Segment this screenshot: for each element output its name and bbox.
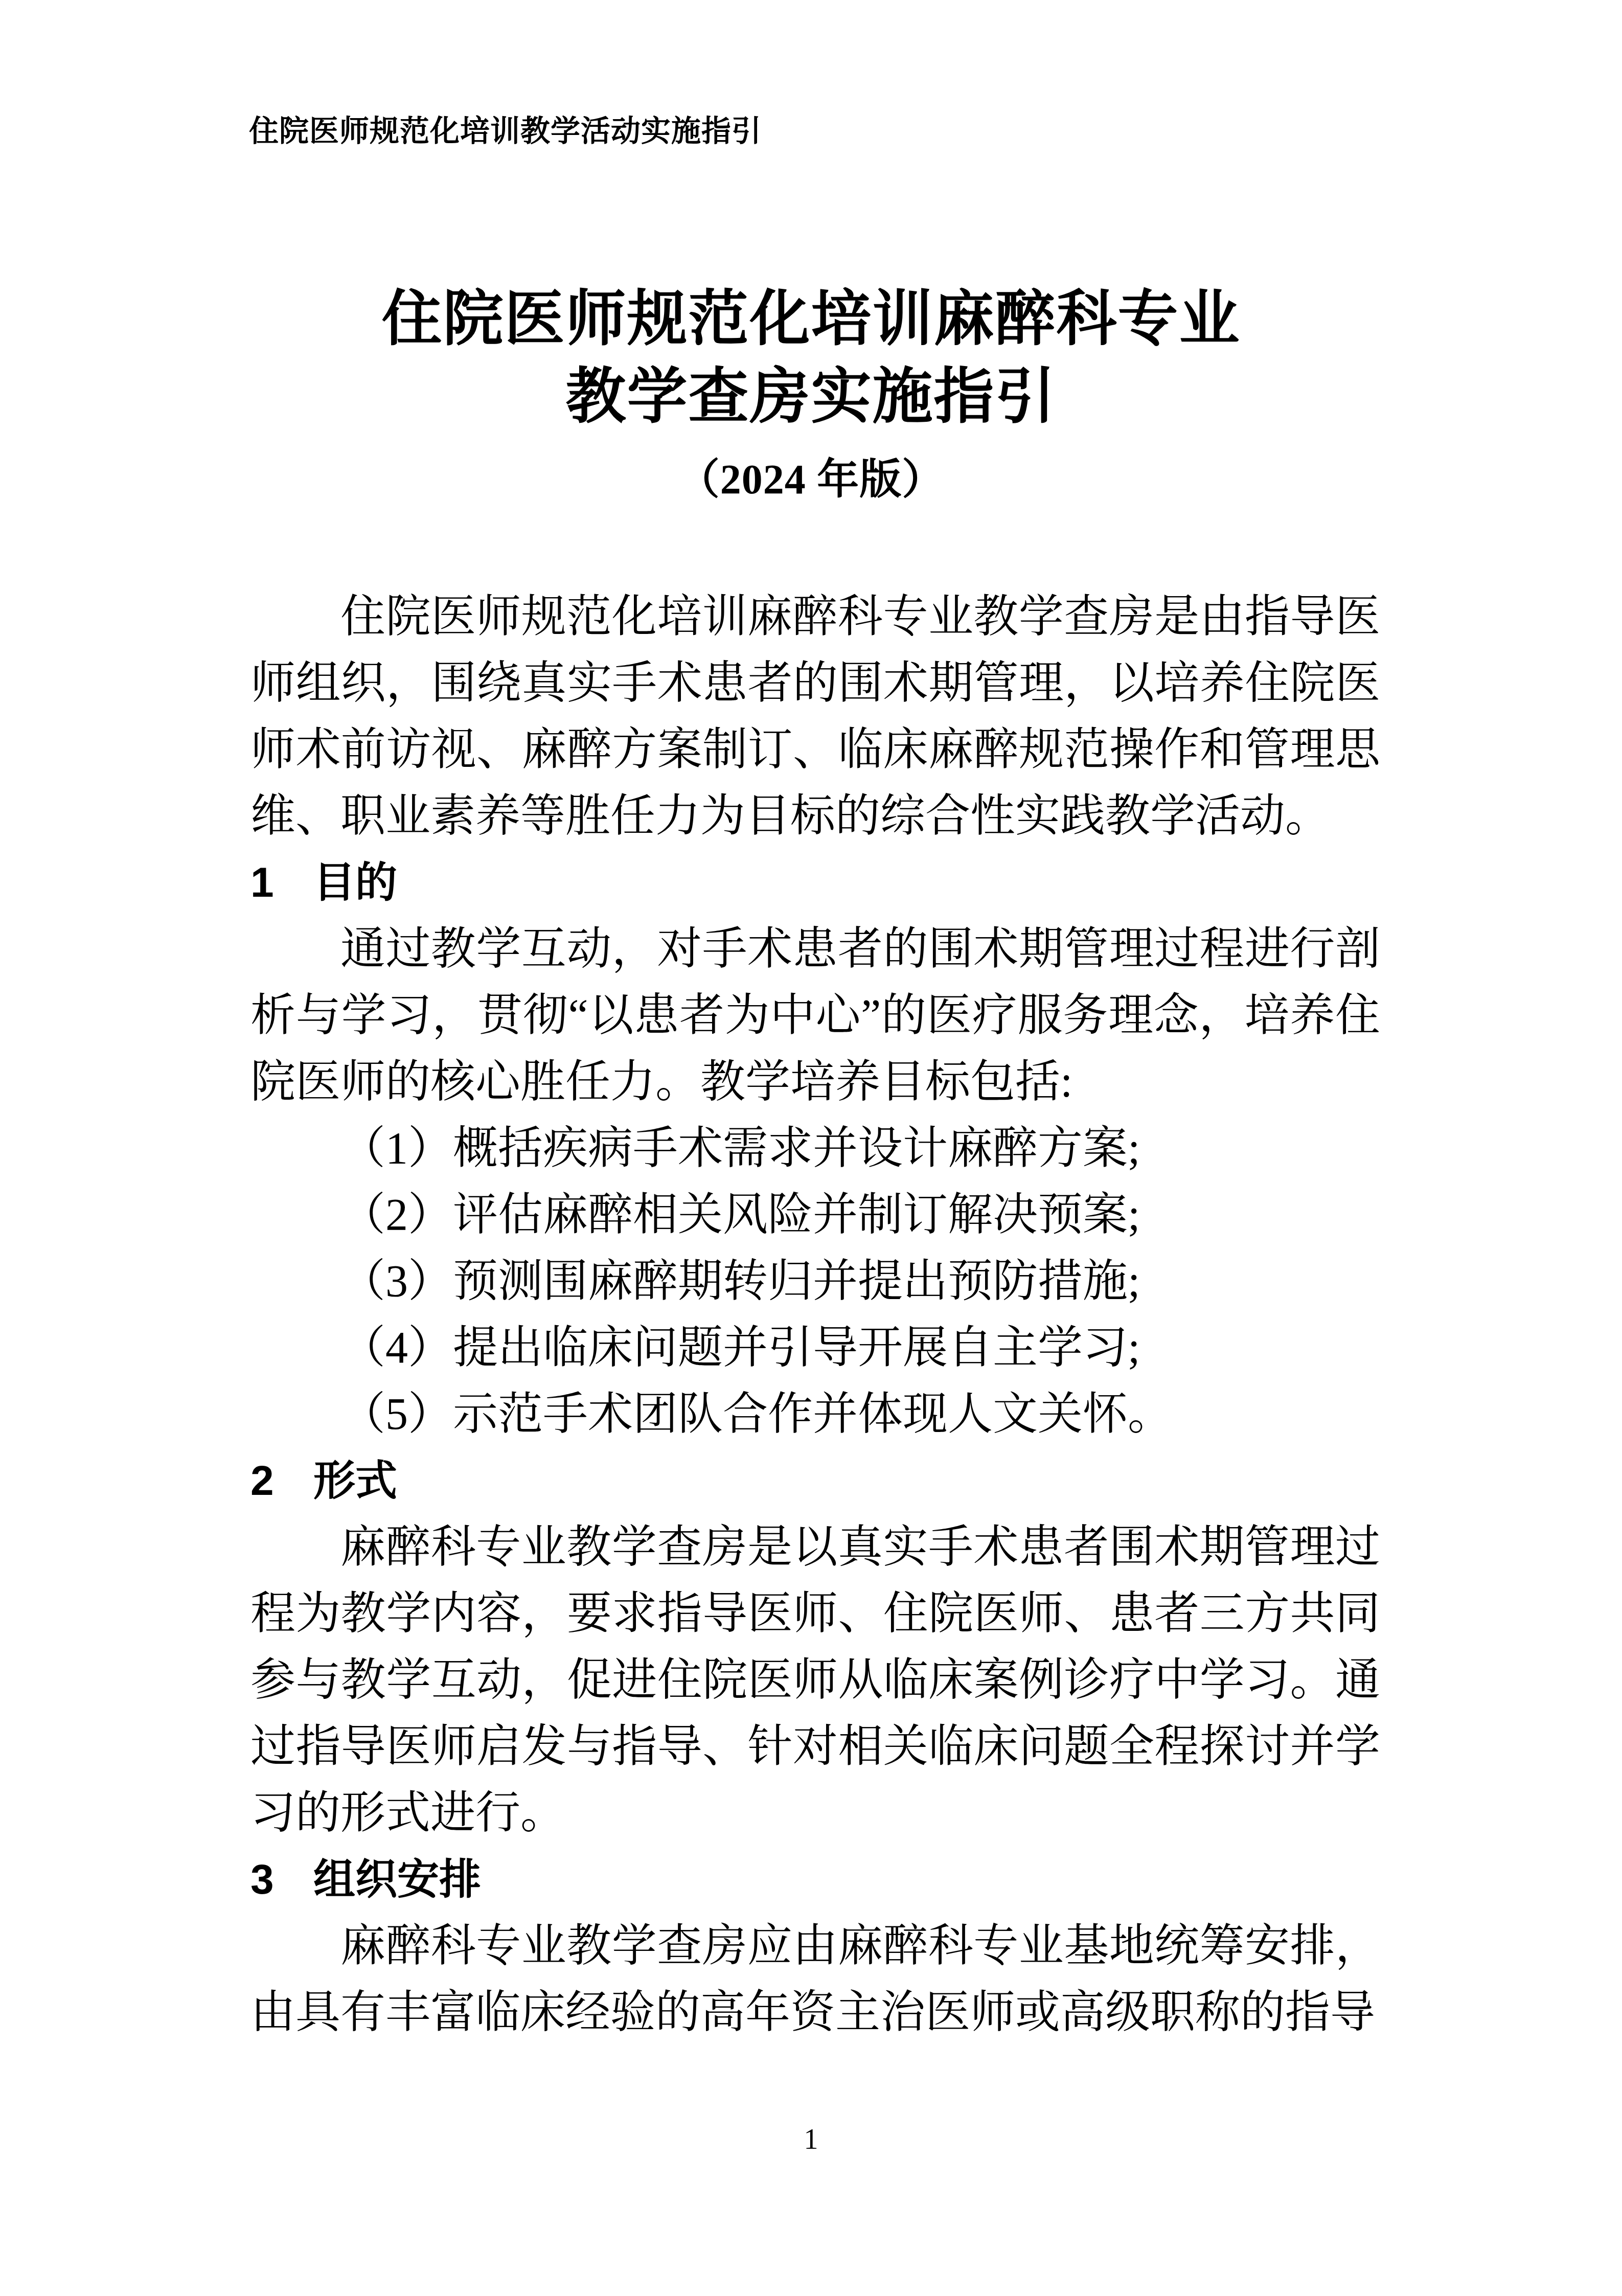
section-3-number: 3	[250, 1847, 313, 1913]
section-1-list-item-1: （1）概括疾病手术需求并设计麻醉方案;	[250, 1116, 1380, 1182]
section-2-paragraph: 麻醉科专业教学查房是以真实手术患者围术期管理过程为教学内容，要求指导医师、住院医…	[250, 1514, 1380, 1847]
intro-paragraph: 住院医师规范化培训麻醉科专业教学查房是由指导医师组织，围绕真实手术患者的围术期管…	[250, 584, 1380, 850]
section-3-title: 组织安排	[313, 1856, 481, 1903]
section-2-heading: 2形式	[250, 1448, 1380, 1514]
section-1-list-item-5: （5）示范手术团队合作并体现人文关怀。	[250, 1381, 1380, 1448]
section-3-paragraph: 麻醉科专业教学查房应由麻醉科专业基地统筹安排，由具有丰富临床经验的高年资主治医师…	[250, 1913, 1380, 2046]
title-edition: （2024 年版）	[0, 441, 1622, 518]
section-3-heading: 3组织安排	[250, 1847, 1380, 1913]
section-1-list-item-4: （4）提出临床问题并引导开展自主学习;	[250, 1315, 1380, 1381]
title-line-2: 教学查房实施指引	[0, 358, 1622, 436]
section-1-list-item-3: （3）预测围麻醉期转归并提出预防措施;	[250, 1248, 1380, 1315]
page-number: 1	[0, 2122, 1622, 2157]
running-header: 住院医师规范化培训教学活动实施指引	[249, 113, 762, 149]
title-line-1: 住院医师规范化培训麻醉科专业	[0, 281, 1622, 358]
section-1-paragraph: 通过教学互动，对手术患者的围术期管理过程进行剖析与学习，贯彻“以患者为中心”的医…	[250, 916, 1380, 1116]
section-2-number: 2	[250, 1448, 313, 1514]
section-1-list-item-2: （2）评估麻醉相关风险并制订解决预案;	[250, 1182, 1380, 1248]
section-1-heading: 1目的	[250, 850, 1380, 916]
document-page: 住院医师规范化培训教学活动实施指引 住院医师规范化培训麻醉科专业 教学查房实施指…	[0, 0, 1622, 2296]
section-2-title: 形式	[313, 1458, 397, 1504]
document-body: 住院医师规范化培训麻醉科专业教学查房是由指导医师组织，围绕真实手术患者的围术期管…	[250, 584, 1380, 2046]
section-1-title: 目的	[313, 859, 397, 906]
document-title-block: 住院医师规范化培训麻醉科专业 教学查房实施指引 （2024 年版）	[0, 281, 1622, 518]
section-1-number: 1	[250, 850, 313, 916]
